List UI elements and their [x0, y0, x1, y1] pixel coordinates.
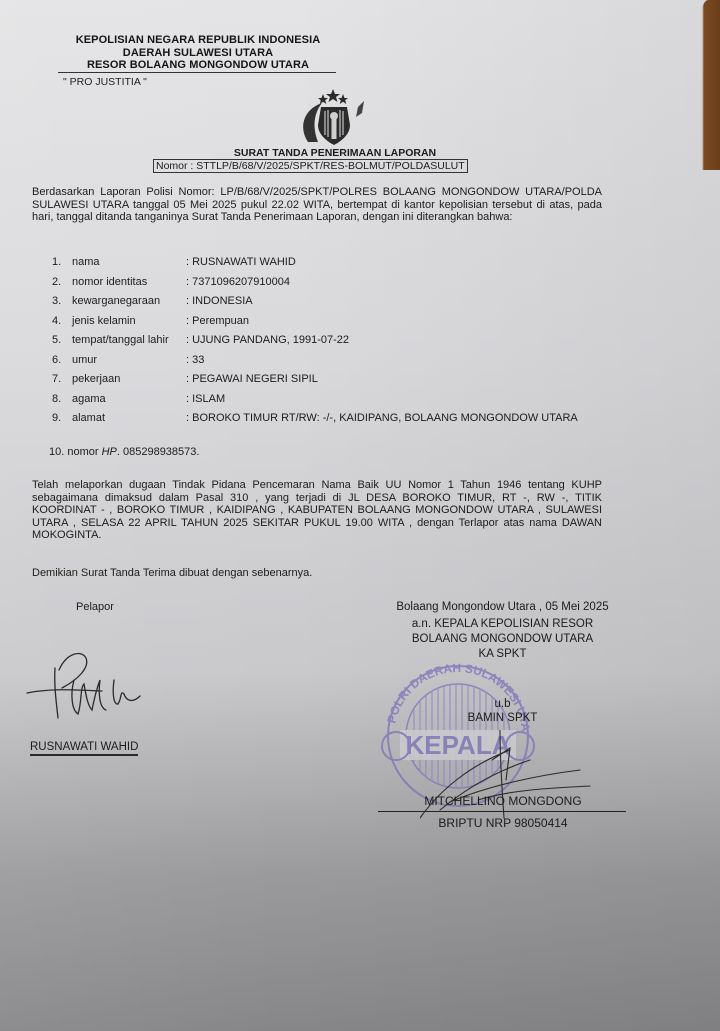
place-date: Bolaang Mongondow Utara , 05 Mei 2025 — [390, 600, 615, 615]
field-value: : PEGAWAI NEGERI SIPIL — [186, 373, 626, 386]
field-number: 4. — [52, 315, 61, 327]
field-value: : ISLAM — [186, 393, 626, 406]
reporter-label: Pelapor — [76, 601, 114, 613]
field-label: kewarganegaraan — [72, 295, 160, 307]
field-label: umur — [72, 354, 97, 366]
field-number: 6. — [52, 354, 61, 366]
field-umur: 6. umur : 33 — [52, 354, 652, 374]
field-label: nomor identitas — [72, 276, 147, 288]
field-nama: 1. nama : RUSNAWATI WAHID — [52, 256, 652, 276]
letterhead-line-1: KEPOLISIAN NEGARA REPUBLIK INDONESIA — [58, 34, 338, 47]
field-number: 2. — [52, 276, 61, 288]
hp-value: . 085298938573. — [117, 446, 200, 458]
official-name: MITCHELLINO MONGDONG — [378, 794, 628, 808]
ub-position: BAMIN SPKT — [390, 712, 615, 726]
closing-statement: Demikian Surat Tanda Terima dibuat denga… — [32, 567, 602, 580]
field-value: : 33 — [186, 354, 626, 367]
official-name-underline — [378, 811, 626, 812]
police-emblem-icon — [292, 87, 374, 149]
on-behalf-line-1: a.n. KEPALA KEPOLISIAN RESOR — [390, 617, 615, 632]
letterhead: KEPOLISIAN NEGARA REPUBLIK INDONESIA DAE… — [58, 34, 338, 72]
hp-label: 10. nomor — [49, 446, 102, 458]
field-number: 1. — [52, 256, 61, 268]
intro-paragraph: Berdasarkan Laporan Polisi Nomor: LP/B/6… — [32, 186, 602, 224]
ub-block: u.b BAMIN SPKT — [390, 698, 615, 725]
field-tempat-tanggal-lahir: 5. tempat/tanggal lahir : UJUNG PANDANG,… — [52, 334, 652, 354]
field-pekerjaan: 7. pekerjaan : PEGAWAI NEGERI SIPIL — [52, 373, 652, 393]
field-alamat: 9. alamat : BOROKO TIMUR RT/RW: -/-, KAI… — [52, 412, 652, 448]
reporter-fields: 1. nama : RUSNAWATI WAHID 2. nomor ident… — [52, 256, 652, 448]
official-rank-nrp: BRIPTU NRP 98050414 — [378, 816, 628, 830]
report-paragraph: Telah melaporkan dugaan Tindak Pidana Pe… — [32, 479, 602, 542]
field-agama: 8. agama : ISLAM — [52, 393, 652, 413]
field-value: : RUSNAWATI WAHID — [186, 256, 626, 269]
field-label: alamat — [72, 412, 105, 424]
letterhead-divider — [58, 72, 336, 73]
field-value: : 7371096207910004 — [186, 276, 626, 289]
field-number: 7. — [52, 373, 61, 385]
field-number: 5. — [52, 334, 61, 346]
field-value: : INDONESIA — [186, 295, 626, 308]
field-nomor-identitas: 2. nomor identitas : 7371096207910004 — [52, 276, 652, 296]
field-label: pekerjaan — [72, 373, 120, 385]
reporter-name: RUSNAWATI WAHID — [30, 741, 138, 756]
on-behalf-line-2: BOLAANG MONGONDOW UTARA — [390, 632, 615, 647]
ub-label: u.b — [390, 698, 615, 712]
field-value: : BOROKO TIMUR RT/RW: -/-, KAIDIPANG, BO… — [186, 412, 626, 425]
letterhead-line-2: DAERAH SULAWESI UTARA — [58, 47, 338, 60]
reporter-signature-icon — [22, 640, 152, 730]
field-number: 9. — [52, 412, 61, 424]
pro-justitia: " PRO JUSTITIA " — [63, 76, 147, 88]
field-label: nama — [72, 256, 100, 268]
field-number: 3. — [52, 295, 61, 307]
field-label: tempat/tanggal lahir — [72, 334, 169, 346]
field-nomor-hp: 10. nomor HP. 085298938573. — [49, 446, 199, 458]
background-edge — [698, 0, 720, 170]
field-kewarganegaraan: 3. kewarganegaraan : INDONESIA — [52, 295, 652, 315]
field-value: : Perempuan — [186, 315, 626, 328]
field-label: jenis kelamin — [72, 315, 136, 327]
document-number: Nomor : STTLP/B/68/V/2025/SPKT/RES-BOLMU… — [153, 159, 468, 173]
official-position: KA SPKT — [390, 647, 615, 662]
document-title: SURAT TANDA PENERIMAAN LAPORAN — [160, 147, 510, 159]
letterhead-line-3: RESOR BOLAANG MONGONDOW UTARA — [58, 59, 338, 72]
field-value: : UJUNG PANDANG, 1991-07-22 — [186, 334, 626, 347]
hp-abbr: HP — [102, 446, 117, 458]
official-signature-block: Bolaang Mongondow Utara , 05 Mei 2025 a.… — [390, 600, 615, 662]
field-jenis-kelamin: 4. jenis kelamin : Perempuan — [52, 315, 652, 335]
field-label: agama — [72, 393, 106, 405]
field-number: 8. — [52, 393, 61, 405]
